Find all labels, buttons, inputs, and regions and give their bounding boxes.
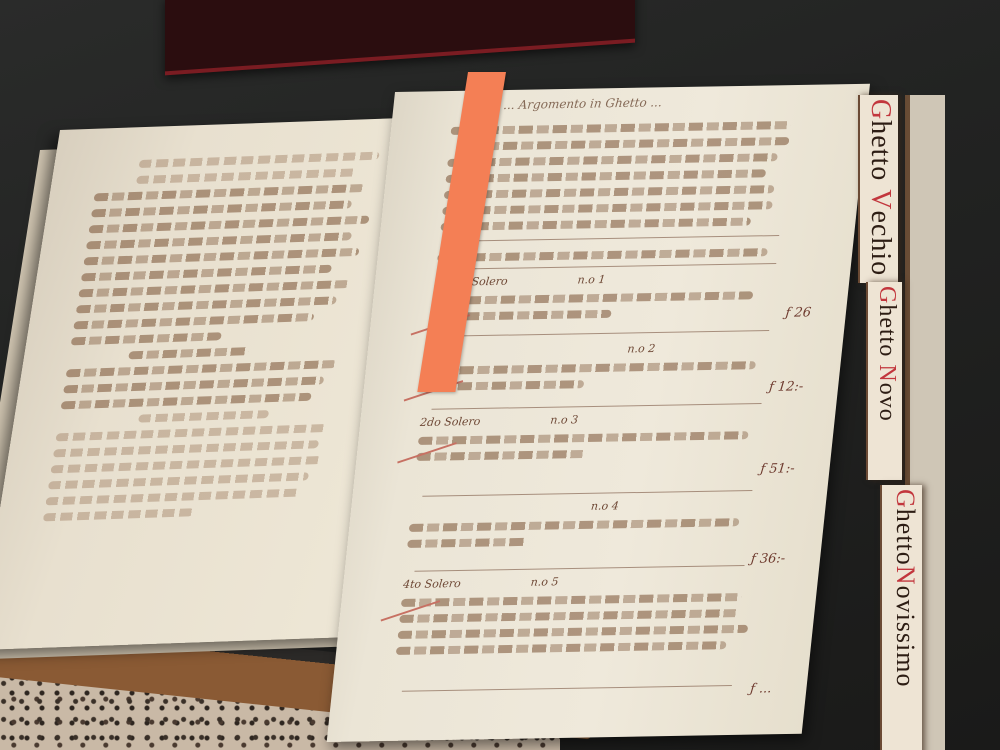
entry-number: n.o 1 bbox=[577, 273, 606, 286]
ledger-entry: 2do Solero n.o 3 ƒ 51:- bbox=[415, 410, 781, 469]
entry-section: 2do Solero bbox=[419, 415, 481, 429]
entry-amount: ƒ 12:- bbox=[768, 379, 804, 395]
index-tab-ghetto-vecchio[interactable]: Ghetto Vechio bbox=[858, 95, 898, 283]
entry-amount: ƒ ... bbox=[749, 681, 772, 696]
entry-section bbox=[410, 503, 411, 516]
entry-number: n.o 3 bbox=[550, 413, 579, 426]
ledger-entry: n.o 4 ƒ 36:- bbox=[406, 497, 772, 556]
ledger-entry: n.o 2 ƒ 12:- bbox=[423, 340, 789, 399]
entry-amount: ƒ 51:- bbox=[760, 461, 796, 477]
index-tab-ghetto-novissimo[interactable]: GhettoNovissimo bbox=[880, 485, 922, 750]
ledger-entry: 4to Solero n.o 5 ƒ ... bbox=[395, 572, 764, 663]
left-page-handwriting bbox=[41, 143, 401, 529]
entry-amount: ƒ 26 bbox=[785, 305, 812, 320]
entry-number: n.o 5 bbox=[530, 575, 559, 588]
ledger-entry: Primo Solero n.o 1 ƒ 26 bbox=[430, 270, 796, 329]
entry-amount: ƒ 36:- bbox=[750, 551, 786, 567]
index-tab-ghetto-novo[interactable]: Ghetto Novo bbox=[866, 282, 902, 480]
right-page-ledger: ... Argomento in Ghetto ... Primo Solero… bbox=[327, 84, 870, 742]
ledger-heading: ... Argomento in Ghetto ... bbox=[503, 95, 663, 112]
entry-number: n.o 2 bbox=[627, 342, 656, 355]
entry-number: n.o 4 bbox=[590, 499, 619, 512]
entry-section: 4to Solero bbox=[402, 577, 461, 591]
